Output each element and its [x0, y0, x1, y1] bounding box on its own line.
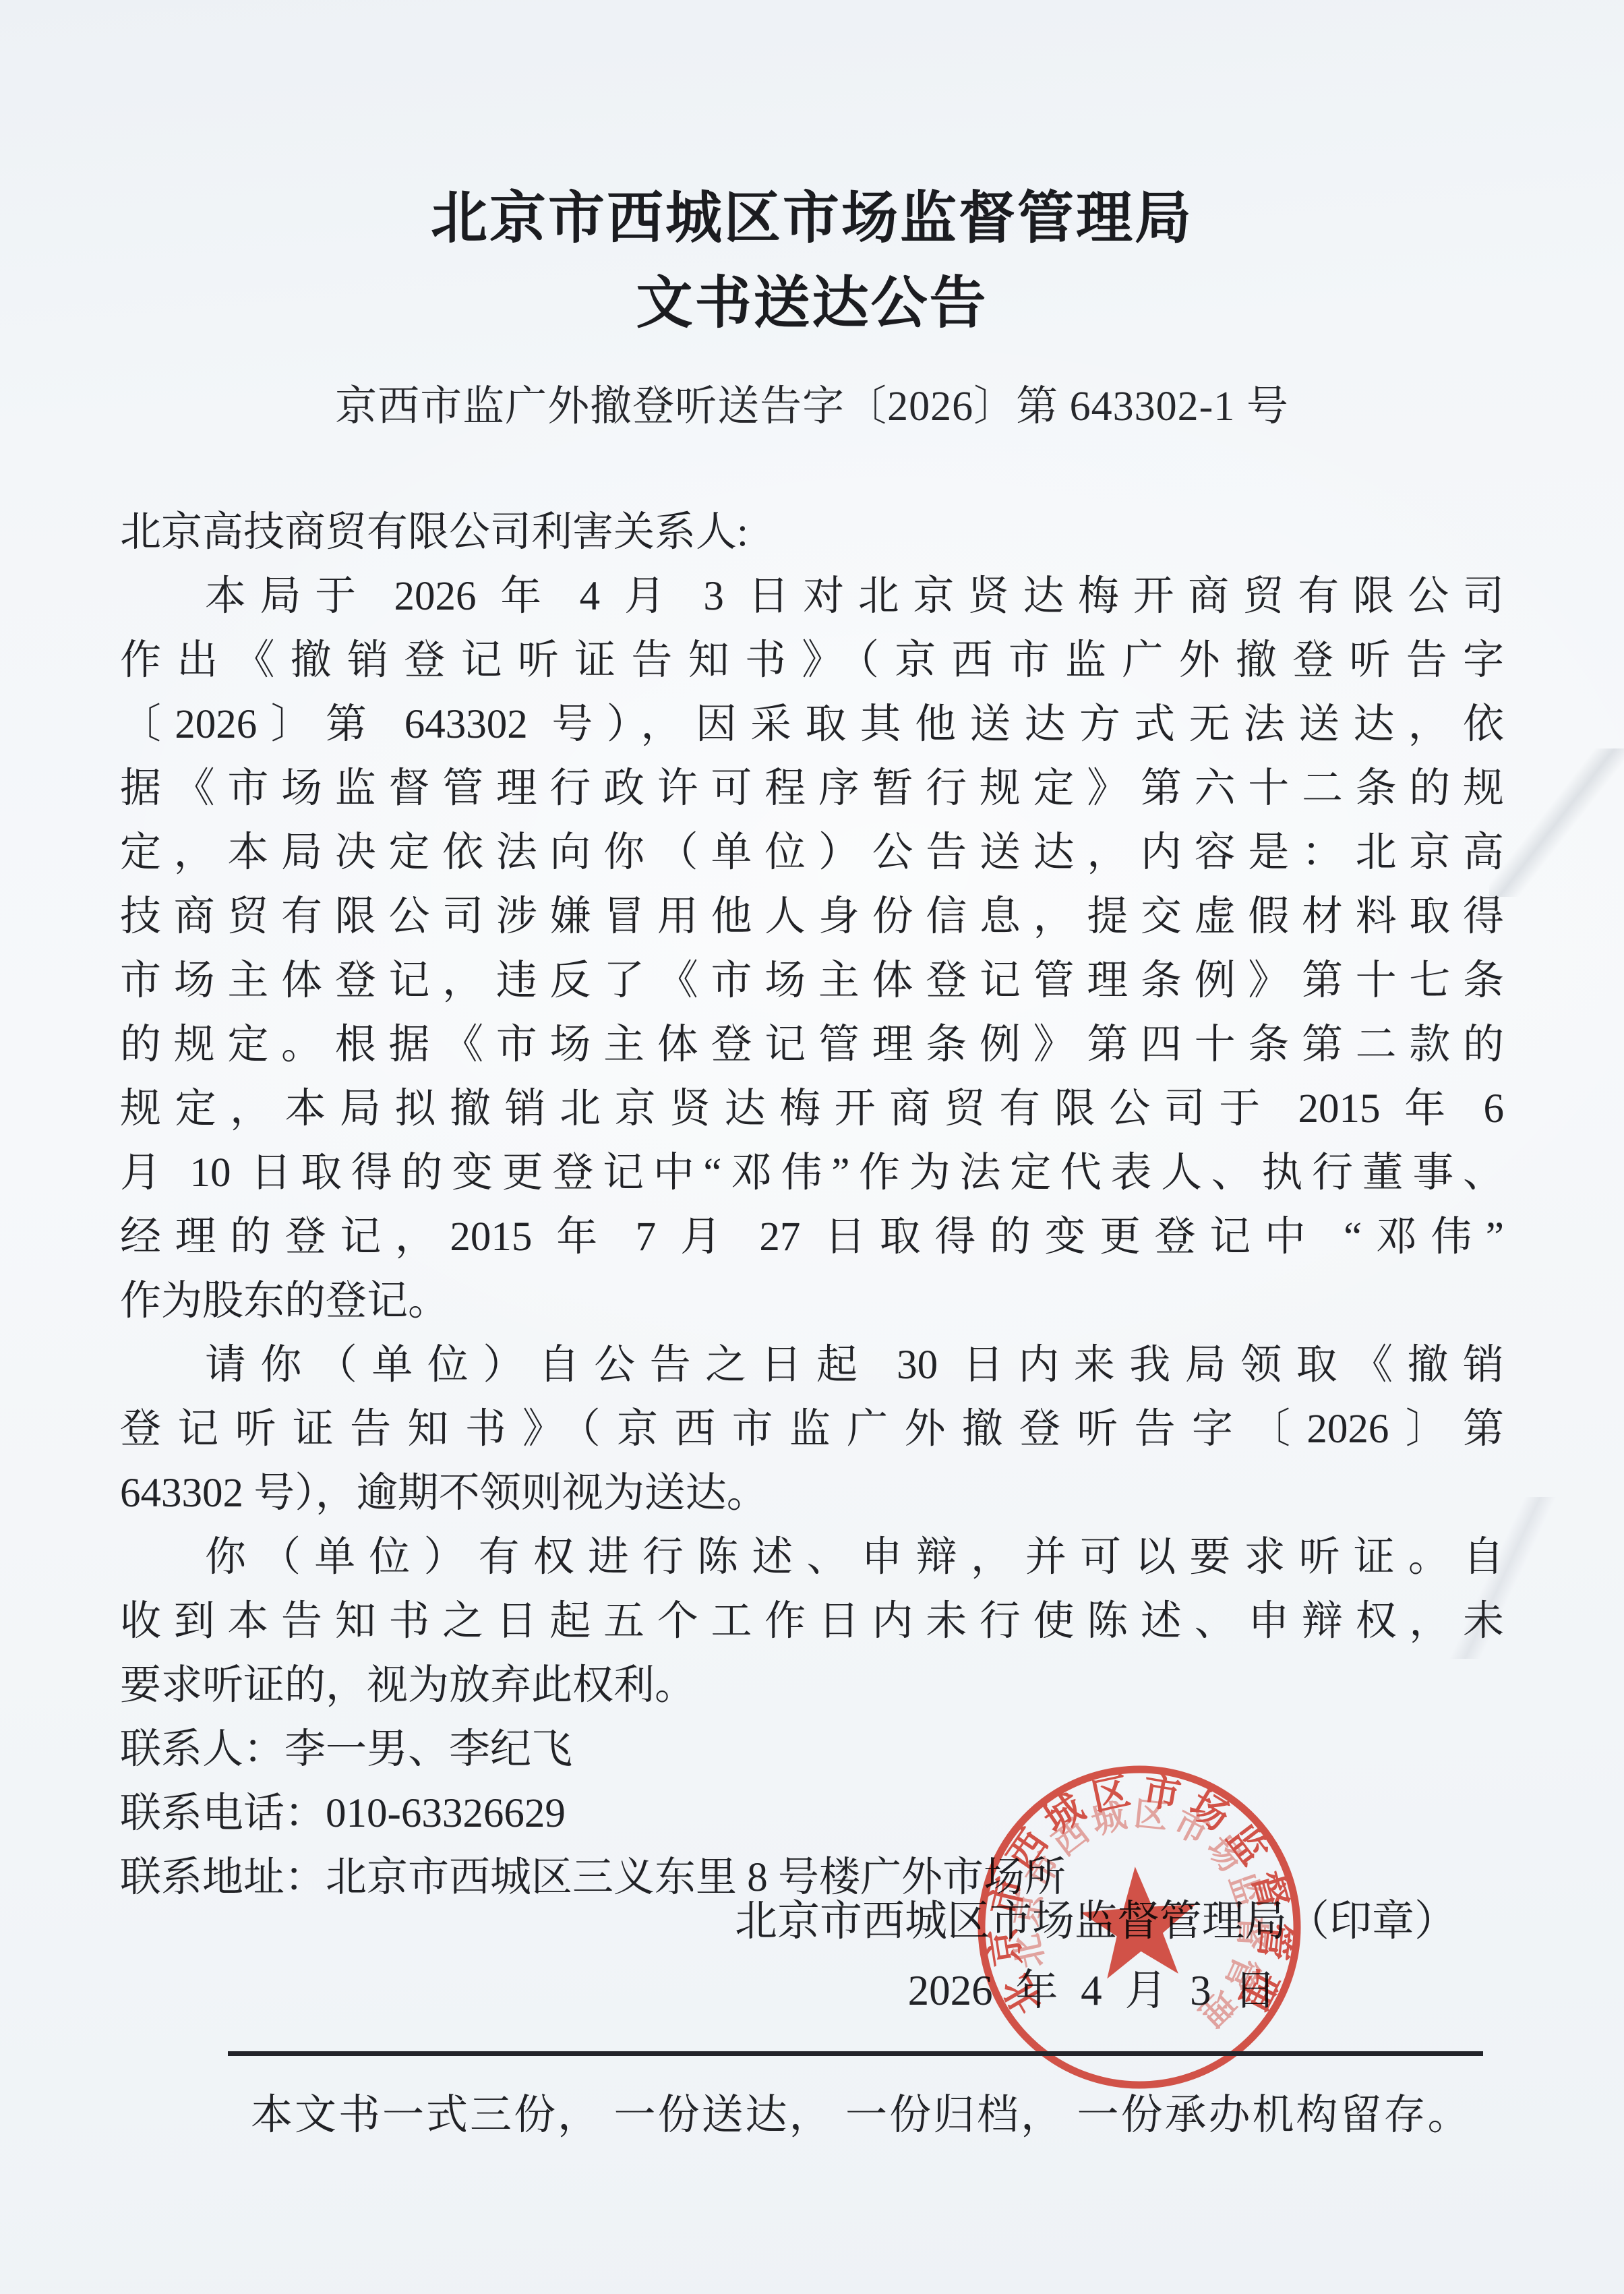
- body-line: 作为股东的登记。: [120, 1269, 1504, 1333]
- body-line: 经理的登记，2015 年 7 月 27 日取得的变更登记中 “邓伟”: [120, 1205, 1504, 1269]
- body-line: 请你（单位）自公告之日起 30 日内来我局领取《撤销: [120, 1333, 1504, 1397]
- document-type-title: 文书送达公告: [0, 262, 1624, 347]
- paper-crease: [1489, 748, 1624, 897]
- body-line: 技商贸有限公司涉嫌冒用他人身份信息，提交虚假材料取得: [120, 885, 1504, 949]
- body-line: 〔2026〕第 643302 号），因采取其他送达方式无法送达，依: [120, 693, 1504, 757]
- body-line: 你（单位）有权进行陈述、申辩，并可以要求听证。自: [120, 1525, 1504, 1589]
- body-line: 规定，本局拟撤销北京贤达梅开商贸有限公司于 2015 年 6: [120, 1077, 1504, 1141]
- body-line: 643302 号），逾期不领则视为送达。: [120, 1461, 1504, 1525]
- document-header: 北京市西城区市场监督管理局 文书送达公告 京西市监广外撤登听送告字〔2026〕第…: [0, 177, 1624, 432]
- distribution-note: 本文书一式三份， 一份送达， 一份归档， 一份承办机构留存。: [251, 2081, 1472, 2141]
- body-line: 要求听证的，视为放弃此权利。: [120, 1653, 1504, 1717]
- document-number: 京西市监广外撤登听送告字〔2026〕第 643302-1 号: [0, 372, 1624, 432]
- body-line: 的规定。根据《市场主体登记管理条例》第四十条第二款的: [120, 1013, 1504, 1077]
- separator-line: [228, 2051, 1483, 2056]
- body-line: 月 10 日取得的变更登记中“邓伟”作为法定代表人、执行董事、: [120, 1141, 1504, 1205]
- body-text: 北京高技商贸有限公司利害关系人:本局于 2026 年 4 月 3 日对北京贤达梅…: [120, 500, 1504, 1910]
- document-page: 北京市西城区市场监督管理局 文书送达公告 京西市监广外撤登听送告字〔2026〕第…: [0, 0, 1624, 2294]
- star-icon: [1077, 1862, 1200, 1980]
- body-line: 收到本告知书之日起五个工作日内未行使陈述、申辩权，未: [120, 1589, 1504, 1653]
- body-line: 据《市场监督管理行政许可程序暂行规定》第六十二条的规: [120, 757, 1504, 821]
- body-line: 市场主体登记，违反了《市场主体登记管理条例》第十七条: [120, 949, 1504, 1013]
- body-line: 登记听证告知书》（京西市监广外撤登听告字〔2026〕第: [120, 1397, 1504, 1461]
- body-line: 北京高技商贸有限公司利害关系人:: [120, 500, 1504, 564]
- body-line: 定，本局决定依法向你（单位）公告送达，内容是：北京高: [120, 821, 1504, 885]
- body-line: 本局于 2026 年 4 月 3 日对北京贤达梅开商贸有限公司: [120, 564, 1504, 628]
- agency-title: 北京市西城区市场监督管理局: [0, 177, 1624, 262]
- body-line: 作出《撤销登记听证告知书》（京西市监广外撤登听告字: [120, 628, 1504, 693]
